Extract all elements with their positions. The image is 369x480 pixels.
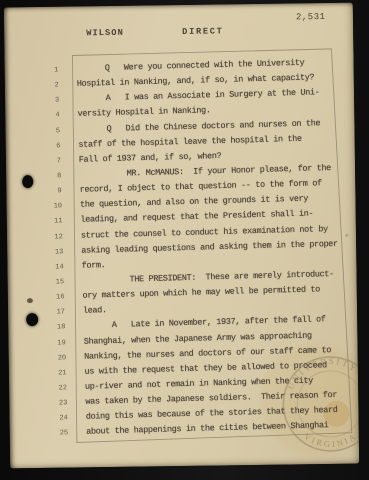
transcript-line-text: lead. (83, 305, 107, 316)
scanned-transcript-page: UNIVERSITY OF VIRGINIA 2,531 WILSON DIRE… (0, 0, 369, 480)
transcript-line-text: form. (82, 260, 106, 271)
line-number: 19 (50, 337, 66, 347)
line-number: 11 (46, 216, 62, 226)
line-number: 3 (43, 95, 59, 105)
paper-speck (27, 298, 33, 303)
paper-sheet: UNIVERSITY OF VIRGINIA 2,531 WILSON DIRE… (4, 3, 359, 469)
punch-hole-top (22, 175, 33, 188)
line-number: 22 (51, 382, 67, 392)
line-number: 15 (48, 276, 64, 286)
line-number: 18 (49, 322, 65, 332)
line-number: 20 (50, 352, 66, 362)
line-number: 16 (48, 291, 64, 301)
line-number: 23 (51, 397, 67, 407)
line-number: 10 (46, 201, 62, 211)
transcript-line-text: versity Hospital in Nanking. (77, 106, 210, 120)
line-number: 5 (44, 125, 60, 135)
line-number: 8 (45, 170, 61, 180)
line-number: 21 (50, 367, 66, 377)
line-number: 17 (49, 307, 65, 317)
line-number: 1 (42, 64, 58, 74)
examination-type-header: DIRECT (182, 26, 223, 37)
page-number: 2,531 (296, 12, 326, 22)
stray-typewriter-mark: ⁎ (345, 231, 349, 240)
line-number: 2 (43, 79, 59, 89)
line-number: 6 (44, 140, 60, 150)
line-number: 25 (52, 428, 68, 438)
transcript-body: 1 Q Were you connected with the Universi… (42, 56, 358, 443)
punch-hole-bottom (26, 313, 38, 326)
line-number: 7 (45, 155, 61, 165)
witness-name-header: WILSON (86, 28, 124, 39)
line-number: 9 (46, 185, 62, 195)
line-number: 24 (52, 412, 68, 422)
line-number: 4 (43, 110, 59, 120)
line-number: 13 (47, 246, 63, 256)
line-number: 12 (47, 231, 63, 241)
line-number: 14 (48, 261, 64, 271)
